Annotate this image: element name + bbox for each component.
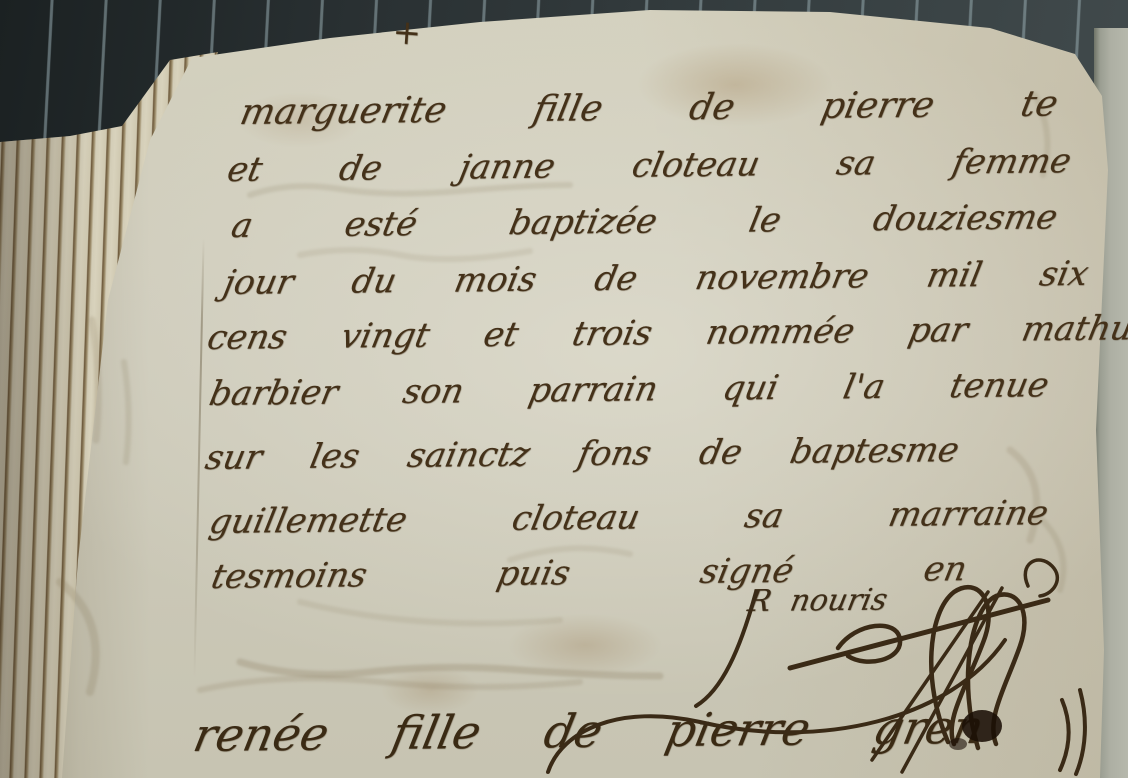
ink-blot xyxy=(962,710,1002,742)
manuscript-photo: + marguerite fille de pierre te et de ja… xyxy=(0,0,1128,778)
signature-paraph xyxy=(0,0,1128,778)
paraph-strokes xyxy=(548,560,1085,774)
